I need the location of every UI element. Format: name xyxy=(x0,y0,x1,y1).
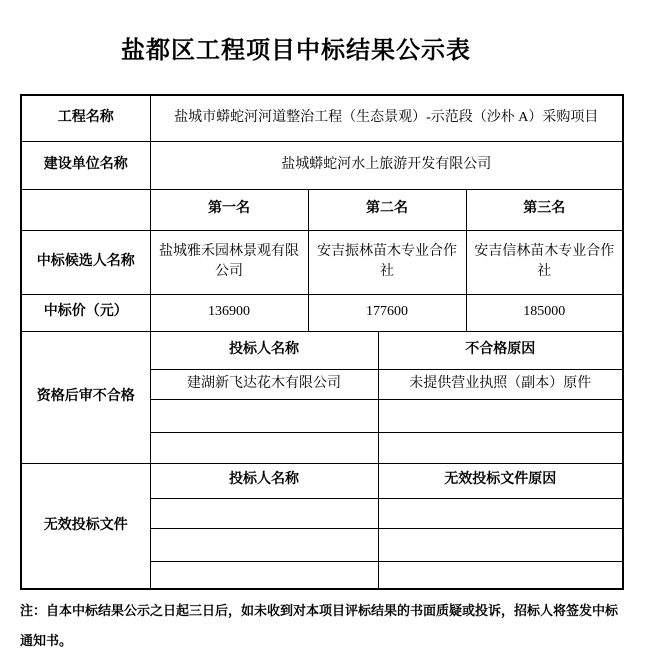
table-row: 建设单位名称 盐城蟒蛇河水上旅游开发有限公司 xyxy=(21,141,623,189)
rank-second-header: 第二名 xyxy=(308,189,466,230)
rank-third-header: 第三名 xyxy=(466,189,623,230)
page-title: 盐都区工程项目中标结果公示表 xyxy=(0,30,648,65)
invalid-bidder-header: 投标人名称 xyxy=(150,463,378,498)
candidates-label: 中标候选人名称 xyxy=(21,230,150,294)
invalid-reason-header: 无效投标文件原因 xyxy=(378,463,623,498)
project-name-label: 工程名称 xyxy=(21,95,150,141)
table-row: 工程名称 盐城市蟒蛇河河道整治工程（生态景观）-示范段（沙朴 A）采购项目 xyxy=(21,95,623,141)
unqualified-bidder-cell xyxy=(150,399,378,432)
unqualified-reason-cell: 未提供营业执照（副本）原件 xyxy=(378,369,623,399)
unqualified-bidder-cell: 建湖新飞达花木有限公司 xyxy=(150,369,378,399)
invalid-reason-cell xyxy=(378,561,623,589)
unqualified-reason-cell xyxy=(378,432,623,463)
document-page: 盐都区工程项目中标结果公示表 工程名称 盐城市蟒蛇河河道整治工程（生态景观）-示… xyxy=(0,0,648,665)
table-row: 第一名 第二名 第三名 xyxy=(21,189,623,230)
owner-name-label: 建设单位名称 xyxy=(21,141,150,189)
candidate-third: 安吉信林苗木专业合作社 xyxy=(466,230,623,294)
footer-note: 注：自本中标结果公示之日起三日后，如未收到对本项目评标结果的书面质疑或投诉，招标… xyxy=(20,596,620,656)
unqualified-reason-cell xyxy=(378,399,623,432)
unqualified-bidder-cell xyxy=(150,432,378,463)
table-row: 中标价（元） 136900 177600 185000 xyxy=(21,294,623,331)
owner-name-value: 盐城蟒蛇河水上旅游开发有限公司 xyxy=(150,141,623,189)
table-row: 无效投标文件 投标人名称 无效投标文件原因 xyxy=(21,463,623,498)
invalid-bidder-cell xyxy=(150,561,378,589)
price-third: 185000 xyxy=(466,294,623,331)
unqualified-bidder-header: 投标人名称 xyxy=(150,331,378,369)
price-second: 177600 xyxy=(308,294,466,331)
invalid-bidder-cell xyxy=(150,528,378,561)
invalid-reason-cell xyxy=(378,528,623,561)
unqualified-section-label: 资格后审不合格 xyxy=(21,331,150,463)
bid-result-table: 工程名称 盐城市蟒蛇河河道整治工程（生态景观）-示范段（沙朴 A）采购项目 建设… xyxy=(20,94,624,590)
empty-cell xyxy=(21,189,150,230)
project-name-value: 盐城市蟒蛇河河道整治工程（生态景观）-示范段（沙朴 A）采购项目 xyxy=(150,95,623,141)
table-row: 资格后审不合格 投标人名称 不合格原因 xyxy=(21,331,623,369)
unqualified-reason-header: 不合格原因 xyxy=(378,331,623,369)
candidate-second: 安吉振林苗木专业合作社 xyxy=(308,230,466,294)
table-row: 中标候选人名称 盐城雅禾园林景观有限公司 安吉振林苗木专业合作社 安吉信林苗木专… xyxy=(21,230,623,294)
invalid-reason-cell xyxy=(378,498,623,528)
invalid-bidder-cell xyxy=(150,498,378,528)
price-first: 136900 xyxy=(150,294,308,331)
candidate-first: 盐城雅禾园林景观有限公司 xyxy=(150,230,308,294)
price-label: 中标价（元） xyxy=(21,294,150,331)
rank-first-header: 第一名 xyxy=(150,189,308,230)
invalid-section-label: 无效投标文件 xyxy=(21,463,150,589)
